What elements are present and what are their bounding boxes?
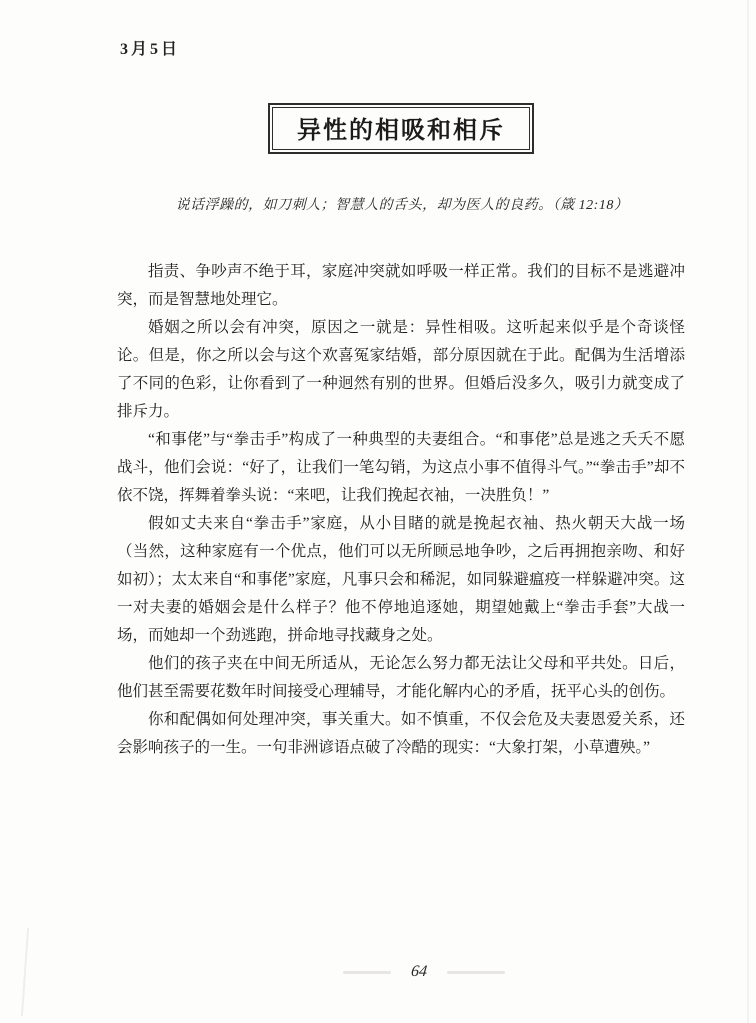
- date-header: 3月5日: [120, 36, 180, 59]
- body-paragraph: 婚姻之所以会有冲突，原因之一就是：异性相吸。这听起来似乎是个奇谈怪论。但是，你之…: [117, 314, 685, 426]
- body-paragraph: 他们的孩子夹在中间无所适从，无论怎么努力都无法让父母和平共处。日后，他们甚至需要…: [117, 650, 685, 706]
- title-box-inner: 异性的相吸和相斥: [272, 107, 530, 150]
- page-number: 64: [410, 963, 428, 981]
- body-paragraph: “和事佬”与“拳击手”构成了一种典型的夫妻组合。“和事佬”总是逃之夭夭不愿战斗，…: [117, 426, 685, 510]
- scan-artifact-left: [21, 928, 29, 1016]
- chapter-title: 异性的相吸和相斥: [297, 110, 505, 145]
- footer-rule-right: [447, 971, 505, 974]
- body-paragraph: 指责、争吵声不绝于耳，家庭冲突就如呼吸一样正常。我们的目标不是逃避冲突，而是智慧…: [117, 258, 685, 314]
- body-paragraph: 你和配偶如何处理冲突，事关重大。如不慎重，不仅会危及夫妻恩爱关系，还会影响孩子的…: [117, 706, 685, 762]
- footer-rule-left: [343, 971, 391, 974]
- scan-artifact-right: [747, 0, 749, 1023]
- body-paragraph: 假如丈夫来自“拳击手”家庭，从小目睹的就是挽起衣袖、热火朝天大战一场（当然，这种…: [117, 510, 685, 650]
- title-row: 异性的相吸和相斥: [0, 103, 756, 154]
- book-page: 3月5日 异性的相吸和相斥 说话浮躁的，如刀刺人；智慧人的舌头，却为医人的良药。…: [0, 0, 756, 1023]
- verse-quote: 说话浮躁的，如刀刺人；智慧人的舌头，却为医人的良药。（箴 12:18）: [118, 194, 686, 214]
- body-text: 指责、争吵声不绝于耳，家庭冲突就如呼吸一样正常。我们的目标不是逃避冲突，而是智慧…: [117, 258, 685, 762]
- page-footer: 64: [46, 963, 756, 981]
- title-box: 异性的相吸和相斥: [268, 103, 534, 154]
